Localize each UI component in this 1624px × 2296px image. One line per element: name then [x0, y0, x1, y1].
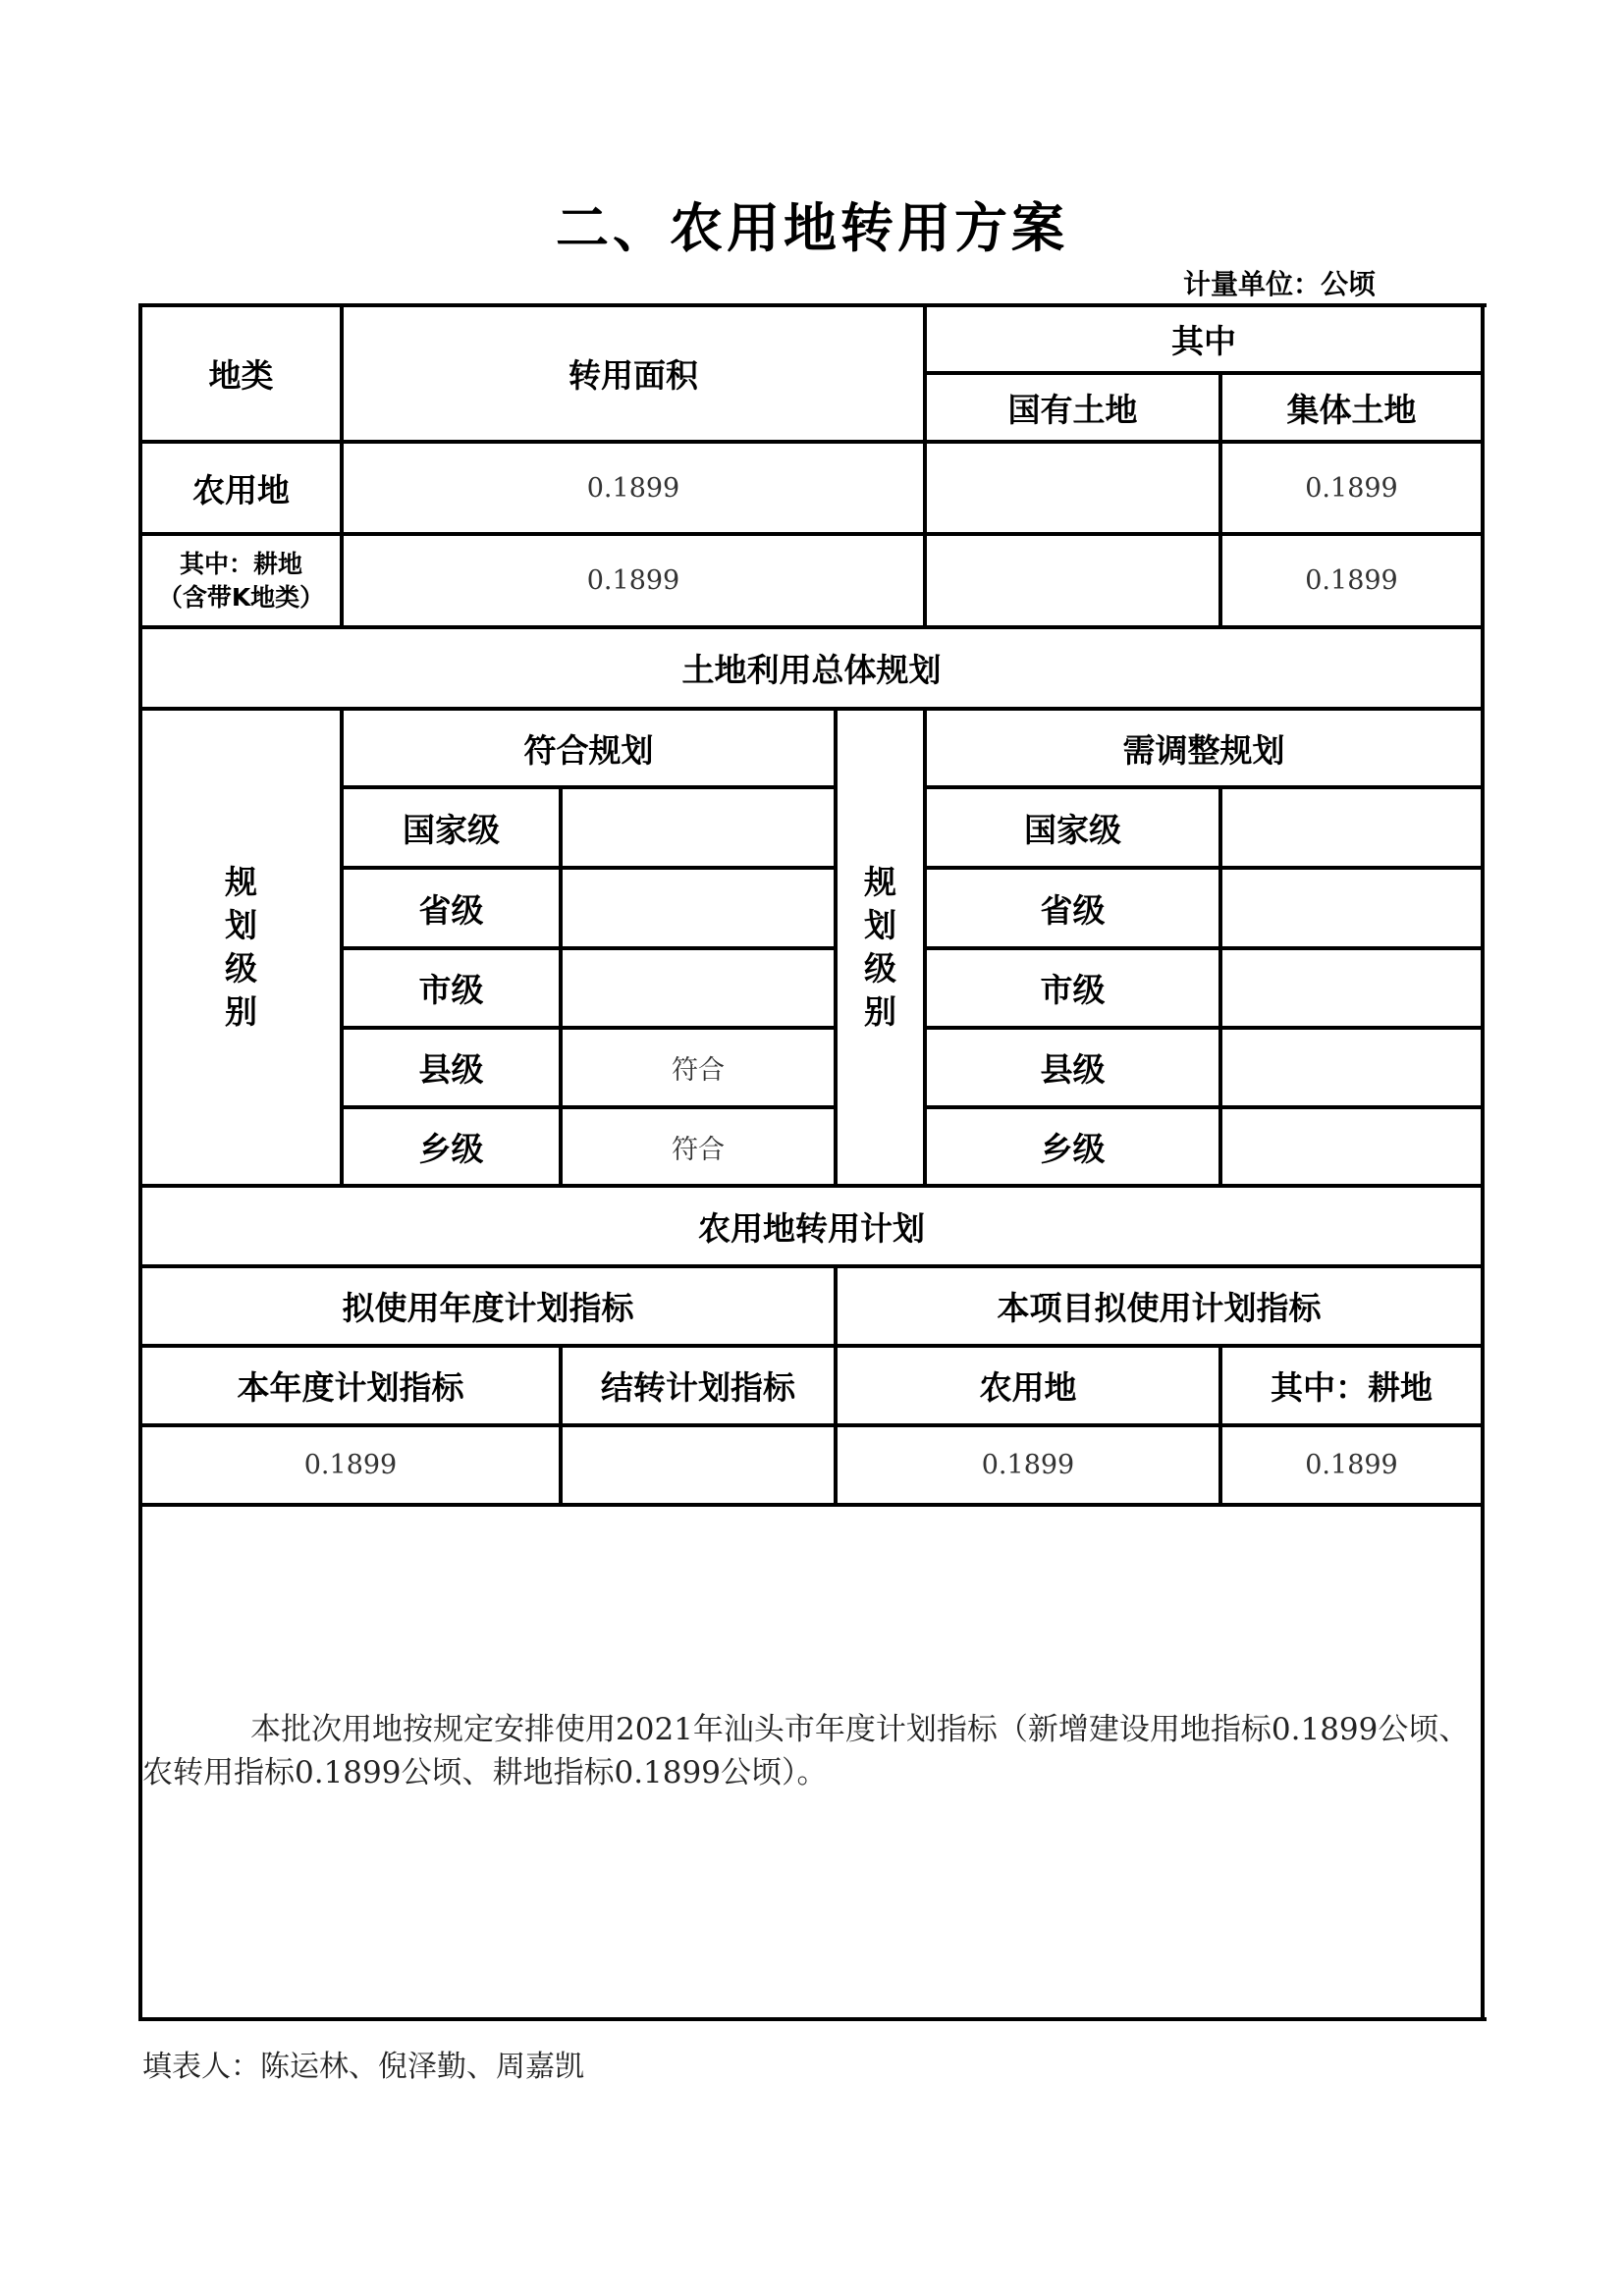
value-current-year: 0.1899	[142, 1427, 559, 1503]
col-carryover: 结转计划指标	[563, 1348, 834, 1423]
adjust-value	[1222, 1030, 1481, 1105]
adjust-value	[1222, 1109, 1481, 1184]
overall-plan-title: 土地利用总体规划	[142, 629, 1481, 707]
adjust-level: 国家级	[927, 789, 1218, 866]
adjust-level: 省级	[927, 870, 1218, 946]
adjust-level: 乡级	[927, 1109, 1218, 1184]
adjust-level: 市级	[927, 950, 1218, 1026]
header-converted-area: 转用面积	[344, 307, 923, 440]
agricultural-collective: 0.1899	[1222, 444, 1481, 532]
header-of-which: 其中	[927, 307, 1481, 371]
header-state-land: 国有土地	[927, 375, 1218, 440]
remarks-text: 本批次用地按规定安排使用2021年汕头市年度计划指标（新增建设用地指标0.189…	[142, 1708, 1478, 1794]
plan-level-label-left: 规划级别	[142, 711, 340, 1184]
value-carryover	[563, 1427, 834, 1503]
compliant-value	[563, 950, 834, 1026]
compliant-title: 符合规划	[344, 711, 834, 785]
compliant-value	[563, 789, 834, 866]
compliant-level: 省级	[344, 870, 559, 946]
project-plan-title: 本项目拟使用计划指标	[838, 1268, 1481, 1344]
border-bottom	[138, 2017, 1487, 2021]
adjust-value	[1222, 950, 1481, 1026]
page-title: 二、农用地转用方案	[0, 187, 1624, 262]
annual-plan-title: 拟使用年度计划指标	[142, 1268, 834, 1344]
row-label-line2: （含带K地类）	[158, 581, 324, 614]
adjust-level: 县级	[927, 1030, 1218, 1105]
border-right	[1481, 303, 1485, 2021]
col-current-year: 本年度计划指标	[142, 1348, 559, 1423]
filled-by: 填表人：陈运林、倪泽勤、周嘉凯	[142, 2042, 584, 2085]
row-label-cultivated: 其中：耕地 （含带K地类）	[142, 536, 340, 625]
compliant-value: 符合	[563, 1030, 834, 1105]
value-cultivated: 0.1899	[1222, 1427, 1481, 1503]
compliant-level: 国家级	[344, 789, 559, 866]
adjust-title: 需调整规划	[927, 711, 1481, 785]
compliant-level: 市级	[344, 950, 559, 1026]
header-collective-land: 集体土地	[1222, 375, 1481, 440]
cultivated-state	[927, 536, 1218, 625]
value-agricultural: 0.1899	[838, 1427, 1218, 1503]
unit-label: 计量单位：公顷	[1183, 263, 1376, 302]
compliant-value: 符合	[563, 1109, 834, 1184]
agricultural-area: 0.1899	[344, 444, 923, 532]
compliant-value	[563, 870, 834, 946]
conversion-plan-title: 农用地转用计划	[142, 1188, 1481, 1264]
compliant-level: 县级	[344, 1030, 559, 1105]
row-label-line1: 其中：耕地	[180, 548, 302, 581]
col-agricultural: 农用地	[838, 1348, 1218, 1423]
adjust-value	[1222, 870, 1481, 946]
col-cultivated: 其中：耕地	[1222, 1348, 1481, 1423]
compliant-level: 乡级	[344, 1109, 559, 1184]
cultivated-area: 0.1899	[344, 536, 923, 625]
plan-level-label-right: 规划级别	[838, 711, 923, 1184]
header-land-type: 地类	[142, 307, 340, 440]
agricultural-state	[927, 444, 1218, 532]
cultivated-collective: 0.1899	[1222, 536, 1481, 625]
adjust-value	[1222, 789, 1481, 866]
row-label-agricultural: 农用地	[142, 444, 340, 532]
divider	[138, 1503, 1484, 1507]
